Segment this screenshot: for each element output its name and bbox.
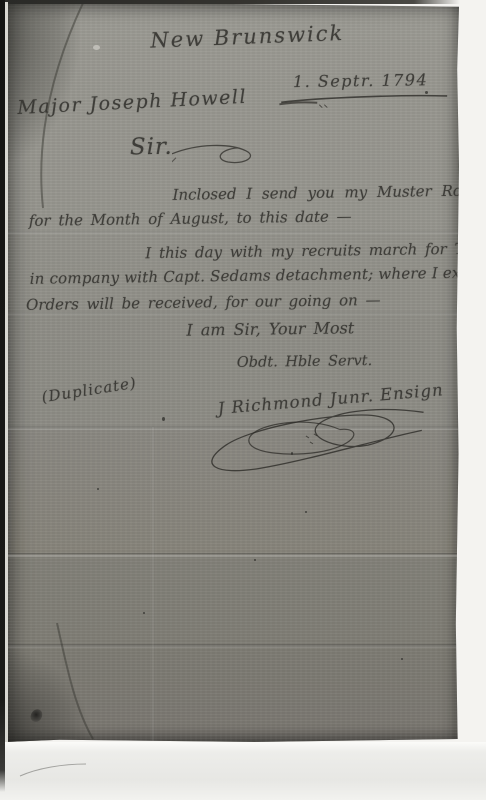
scanner-left-gap: [5, 2, 8, 742]
scanned-letter: New Brunswick 1. Septr. 1794 Major Josep…: [0, 0, 486, 800]
body-line: Inclosed I send you my Muster Role: [172, 182, 475, 204]
addressee-line: Major Joseph Howell: [17, 86, 248, 119]
salutation-flourish: [172, 139, 262, 174]
pencil-mark: [18, 758, 88, 780]
date-line: 1. Septr. 1794: [293, 70, 428, 91]
signature-flourish: [187, 404, 438, 479]
closing-line: I am Sir, Your Most: [186, 318, 354, 339]
body-line: for the Month of August, to this date —: [29, 207, 352, 230]
scanner-left-border: [0, 0, 5, 792]
body-line: in company with Capt. Sedams detachment;…: [30, 262, 486, 287]
salutation: Sir.: [130, 134, 173, 161]
closing-line: Obdt. Hble Servt.: [237, 353, 373, 371]
handwriting-layer: New Brunswick 1. Septr. 1794 Major Josep…: [0, 0, 464, 745]
date-underline: [279, 92, 449, 108]
place-line: New Brunswick: [150, 21, 345, 53]
duplicate-annotation: (Duplicate): [40, 374, 137, 406]
body-line: Orders will be received, for our going o…: [26, 291, 381, 314]
page-top-edge: [0, 0, 460, 4]
body-line: I this day with my recruits march for Tr…: [145, 239, 486, 262]
letter-page: New Brunswick 1. Septr. 1794 Major Josep…: [5, 3, 459, 742]
